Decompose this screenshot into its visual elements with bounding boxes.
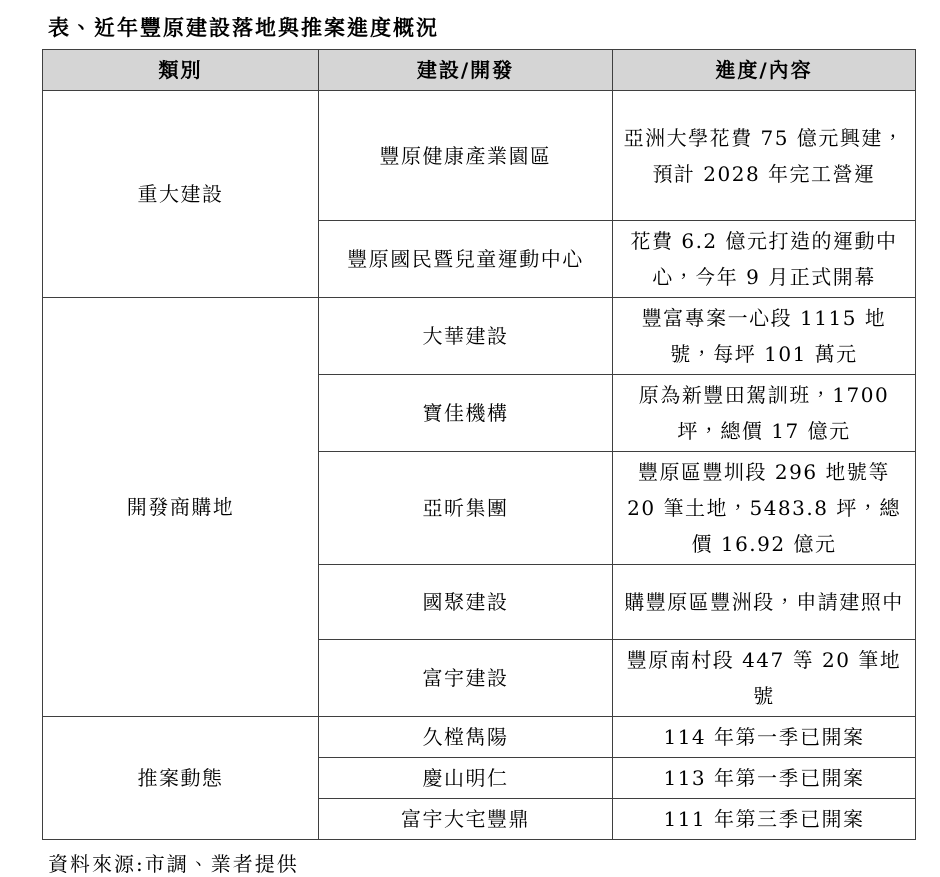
project-cell: 久樘雋陽 <box>319 717 613 758</box>
fengyuan-projects-table: 類別 建設/開發 進度/內容 重大建設 豐原健康產業園區 亞洲大學花費 75 億… <box>42 49 916 840</box>
detail-cell: 豐原南村段 447 等 20 筆地號 <box>613 640 916 717</box>
table-row: 開發商購地 大華建設 豐富專案一心段 1115 地號，每坪 101 萬元 <box>43 298 916 375</box>
detail-cell: 購豐原區豐洲段，申請建照中 <box>613 565 916 640</box>
table-title: 表、近年豐原建設落地與推案進度概況 <box>48 14 940 41</box>
table-row: 推案動態 久樘雋陽 114 年第一季已開案 <box>43 717 916 758</box>
project-cell: 亞昕集團 <box>319 452 613 565</box>
header-row: 類別 建設/開發 進度/內容 <box>43 50 916 91</box>
header-progress: 進度/內容 <box>613 50 916 91</box>
detail-cell: 114 年第一季已開案 <box>613 717 916 758</box>
category-cell: 開發商購地 <box>43 298 319 717</box>
category-cell: 重大建設 <box>43 91 319 298</box>
detail-cell: 113 年第一季已開案 <box>613 758 916 799</box>
project-cell: 富宇建設 <box>319 640 613 717</box>
header-category: 類別 <box>43 50 319 91</box>
project-cell: 國聚建設 <box>319 565 613 640</box>
detail-cell: 花費 6.2 億元打造的運動中心，今年 9 月正式開幕 <box>613 221 916 298</box>
document-page: 表、近年豐原建設落地與推案進度概況 類別 建設/開發 進度/內容 重大建設 豐原… <box>0 0 940 853</box>
table-row: 重大建設 豐原健康產業園區 亞洲大學花費 75 億元興建，預計 2028 年完工… <box>43 91 916 221</box>
project-cell: 豐原健康產業園區 <box>319 91 613 221</box>
detail-cell: 亞洲大學花費 75 億元興建，預計 2028 年完工營運 <box>613 91 916 221</box>
header-development: 建設/開發 <box>319 50 613 91</box>
detail-cell: 豐富專案一心段 1115 地號，每坪 101 萬元 <box>613 298 916 375</box>
category-cell: 推案動態 <box>43 717 319 840</box>
detail-cell: 豐原區豐圳段 296 地號等 20 筆土地，5483.8 坪，總價 16.92 … <box>613 452 916 565</box>
detail-cell: 111 年第三季已開案 <box>613 799 916 840</box>
project-cell: 慶山明仁 <box>319 758 613 799</box>
project-cell: 豐原國民暨兒童運動中心 <box>319 221 613 298</box>
project-cell: 富宇大宅豐鼎 <box>319 799 613 840</box>
detail-cell: 原為新豐田駕訓班，1700 坪，總價 17 億元 <box>613 375 916 452</box>
project-cell: 大華建設 <box>319 298 613 375</box>
project-cell: 寶佳機構 <box>319 375 613 452</box>
